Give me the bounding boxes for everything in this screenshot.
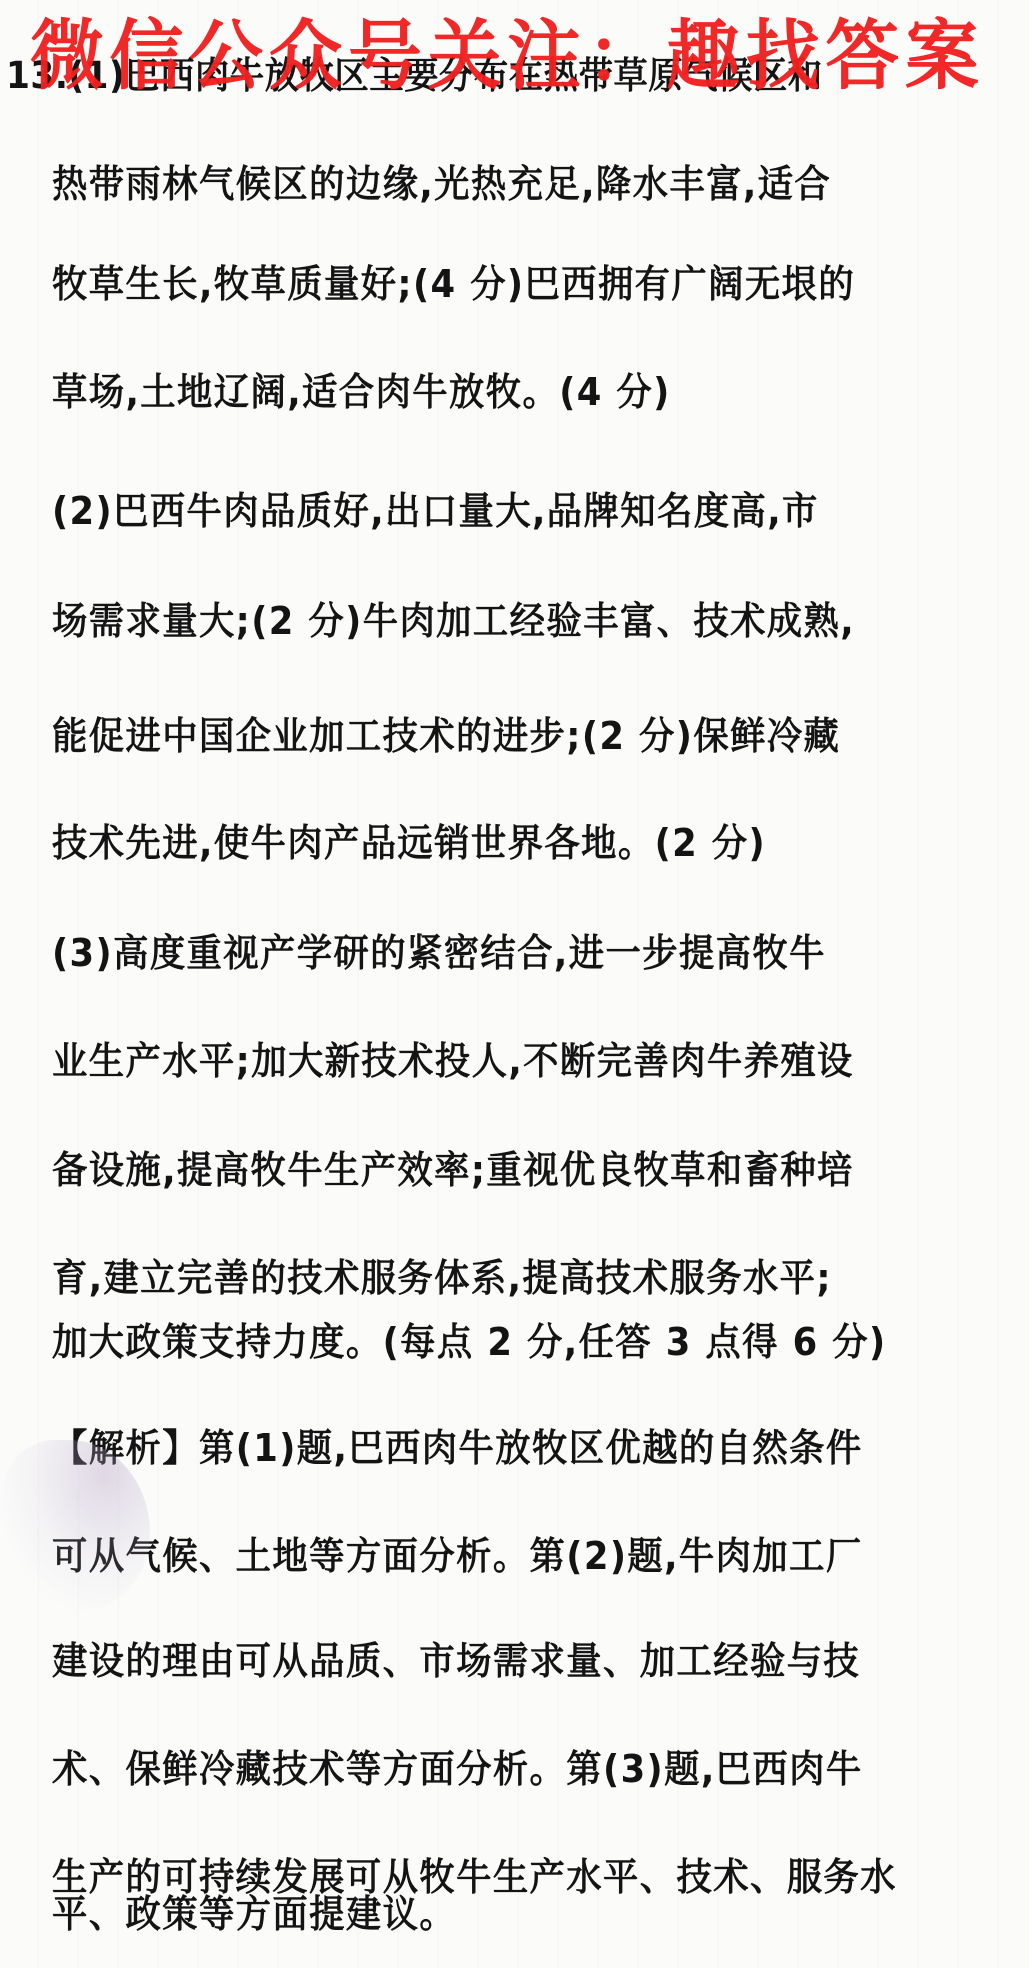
answer-line-13: 加大政策支持力度。(每点 2 分,任答 3 点得 6 分) — [52, 1318, 887, 1366]
answer-line-5: (2)巴西牛肉品质好,出口量大,品牌知名度高,市 — [52, 487, 819, 535]
analysis-line-2: 可从气候、土地等方面分析。第(2)题,牛肉加工厂 — [52, 1532, 863, 1580]
document-page: 13.(1)巴西肉牛放牧区主要分布在热带草原气候区和 热带雨林气候区的边缘,光热… — [0, 0, 1029, 1968]
answer-line-9: (3)高度重视产学研的紧密结合,进一步提高牧牛 — [52, 929, 826, 977]
analysis-line-6: 平、政策等方面提建议。 — [52, 1890, 456, 1938]
answer-line-10: 业生产水平;加大新技术投人,不断完善肉牛养殖设 — [52, 1037, 854, 1085]
answer-line-4: 草场,土地辽阔,适合肉牛放牧。(4 分) — [52, 368, 671, 416]
analysis-line-3: 建设的理由可从品质、市场需求量、加工经验与技 — [52, 1637, 860, 1685]
answer-line-2: 热带雨林气候区的边缘,光热充足,降水丰富,适合 — [52, 160, 831, 208]
analysis-line-4: 术、保鲜冷藏技术等方面分析。第(3)题,巴西肉牛 — [52, 1745, 863, 1793]
analysis-line-1: 【解析】第(1)题,巴西肉牛放牧区优越的自然条件 — [52, 1424, 863, 1472]
answer-line-11: 备设施,提高牧牛生产效率;重视优良牧草和畜种培 — [52, 1146, 854, 1194]
answer-line-8: 技术先进,使牛肉产品远销世界各地。(2 分) — [52, 819, 766, 867]
answer-line-7: 能促进中国企业加工技术的进步;(2 分)保鲜冷藏 — [52, 712, 840, 760]
answer-line-12: 育,建立完善的技术服务体系,提高技术服务水平; — [52, 1254, 832, 1302]
answer-line-6: 场需求量大;(2 分)牛肉加工经验丰富、技术成熟, — [52, 597, 855, 645]
analysis-text: 第(1)题,巴西肉牛放牧区优越的自然条件 — [199, 1426, 863, 1470]
watermark-overlay: 微信公众号关注：趣找答案 — [30, 8, 984, 104]
answer-line-3: 牧草生长,牧草质量好;(4 分)巴西拥有广阔无垠的 — [52, 260, 855, 308]
